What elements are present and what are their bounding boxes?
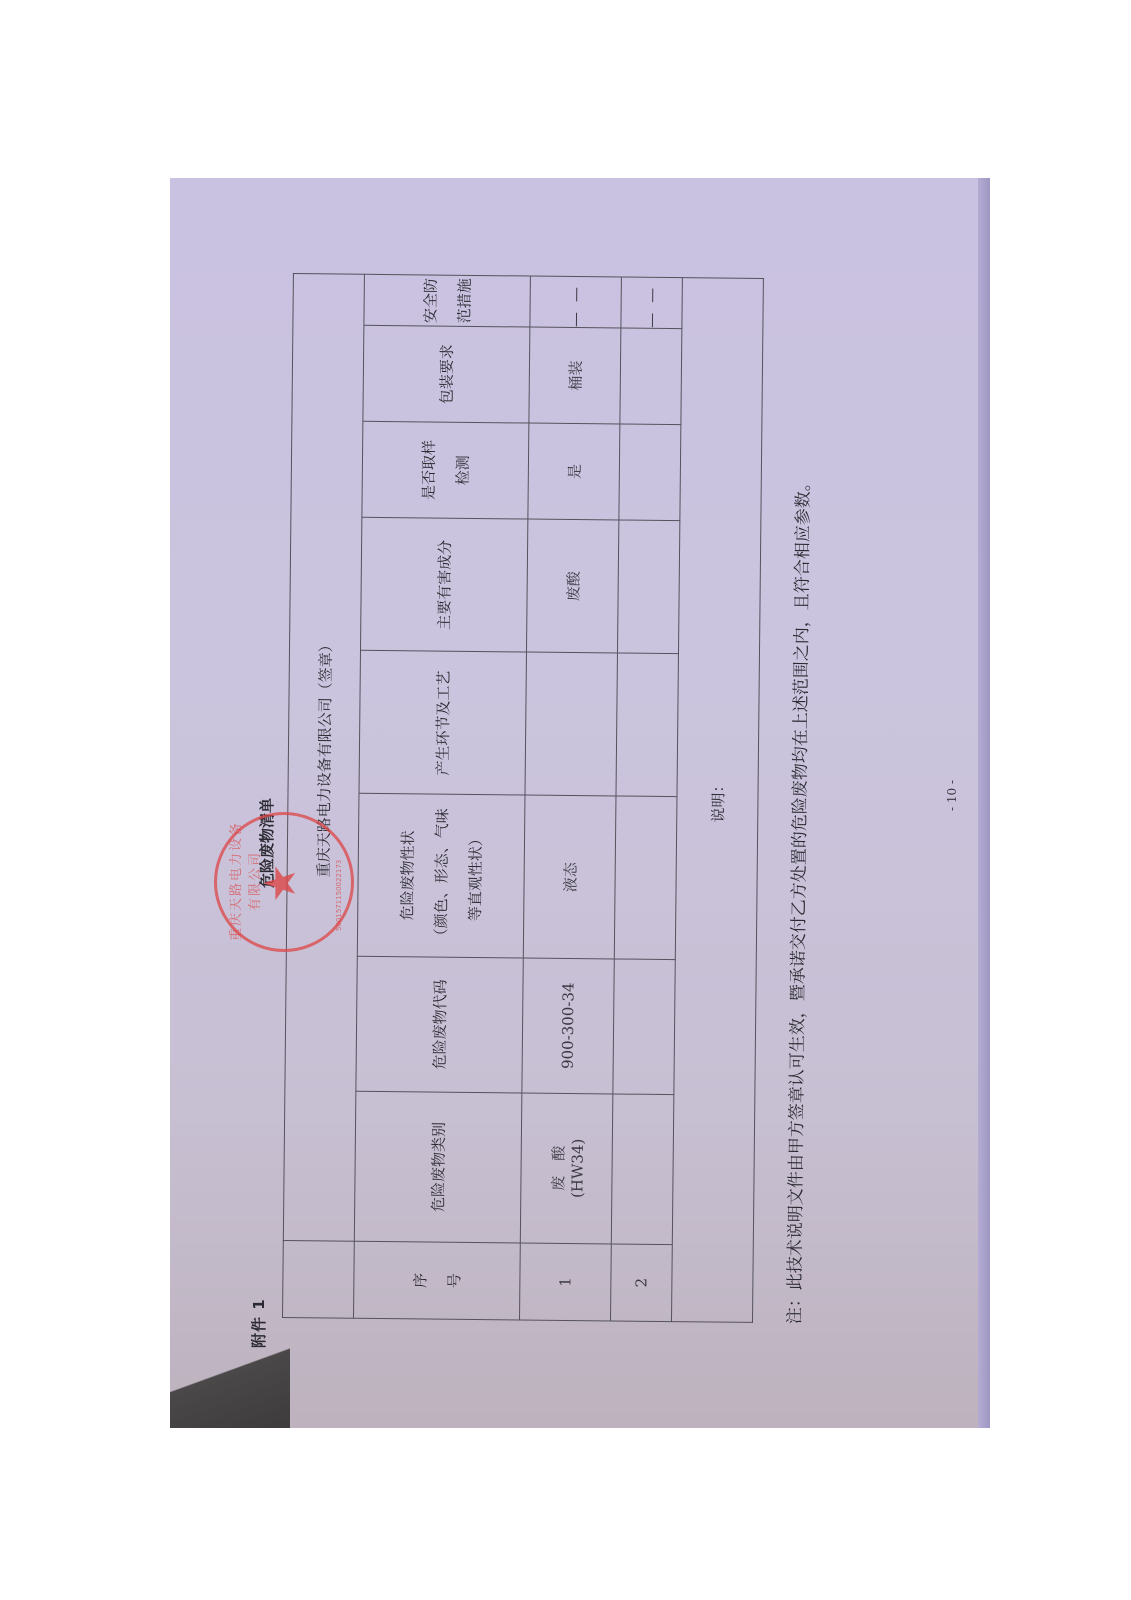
document-photo: 附件 1 危险废物清单 重庆天路电力设备有限公司（签章） 序 号 危险废物类别 … (170, 178, 990, 1428)
note-row: 说明： (671, 278, 763, 1323)
cell-seq: 1 (519, 1243, 611, 1321)
cell-category (611, 1094, 674, 1245)
company-row: 重庆天路电力设备有限公司（签章） (283, 274, 365, 1319)
company-seal: 重庆天路电力设备有限公司 ★ 5001571150022173 (214, 812, 354, 952)
cell-component: 废酸 (526, 519, 618, 653)
table-row: 2 —— (610, 277, 682, 1322)
note-label: 说明： (671, 278, 763, 1323)
footnote: 注：此技术说明文件由甲方签章认可生效，暨承诺交付乙方处置的危险废物均在上述范围之… (780, 474, 814, 1324)
header-packaging: 包装要求 (363, 325, 530, 423)
header-category: 危险废物类别 (354, 1091, 522, 1243)
cell-seq: 2 (610, 1244, 672, 1322)
cell-category: 废 酸 (HW34) (520, 1093, 613, 1244)
cell-code (613, 959, 675, 1094)
cell-sampling (619, 424, 681, 521)
cell-process (525, 652, 617, 796)
page-number: - 10 - (945, 780, 959, 811)
seal-code: 5001571150022173 (335, 860, 343, 931)
cell-property (614, 796, 677, 959)
star-icon: ★ (255, 864, 306, 903)
header-safety: 安全防范措施 (364, 274, 531, 327)
cell-code: 900-300-34 (522, 958, 614, 1094)
cell-sampling: 是 (528, 423, 620, 520)
cell-packaging: 桶装 (529, 327, 621, 424)
attachment-label: 附件 1 (248, 1298, 269, 1348)
cell-safety: —— (530, 276, 622, 328)
cell-property: 液态 (523, 795, 616, 959)
header-process: 产生环节及工艺 (359, 651, 526, 796)
document-page: 附件 1 危险废物清单 重庆天路电力设备有限公司（签章） 序 号 危险废物类别 … (170, 178, 990, 1428)
cell-component (617, 520, 679, 654)
header-seq: 序 号 (354, 1241, 521, 1320)
cell-safety: —— (621, 277, 683, 329)
cell-packaging (620, 328, 682, 425)
company-cell: 重庆天路电力设备有限公司（签章） (283, 274, 364, 1242)
header-property: 危险废物性状 （颜色、形态、气味 等直观性状） (357, 794, 525, 958)
hazardous-waste-table: 重庆天路电力设备有限公司（签章） 序 号 危险废物类别 危险废物代码 危险废物性… (282, 273, 764, 1323)
cell-process (616, 653, 678, 797)
header-row: 序 号 危险废物类别 危险废物代码 危险废物性状 （颜色、形态、气味 等直观性状… (354, 274, 531, 1320)
header-code: 危险废物代码 (356, 956, 523, 1092)
header-sampling: 是否取样 检测 (362, 421, 529, 519)
header-component: 主要有害成分 (360, 517, 527, 652)
table-row: 1 废 酸 (HW34) 900-300-34 液态 废酸 是 桶装 —— (519, 276, 621, 1321)
